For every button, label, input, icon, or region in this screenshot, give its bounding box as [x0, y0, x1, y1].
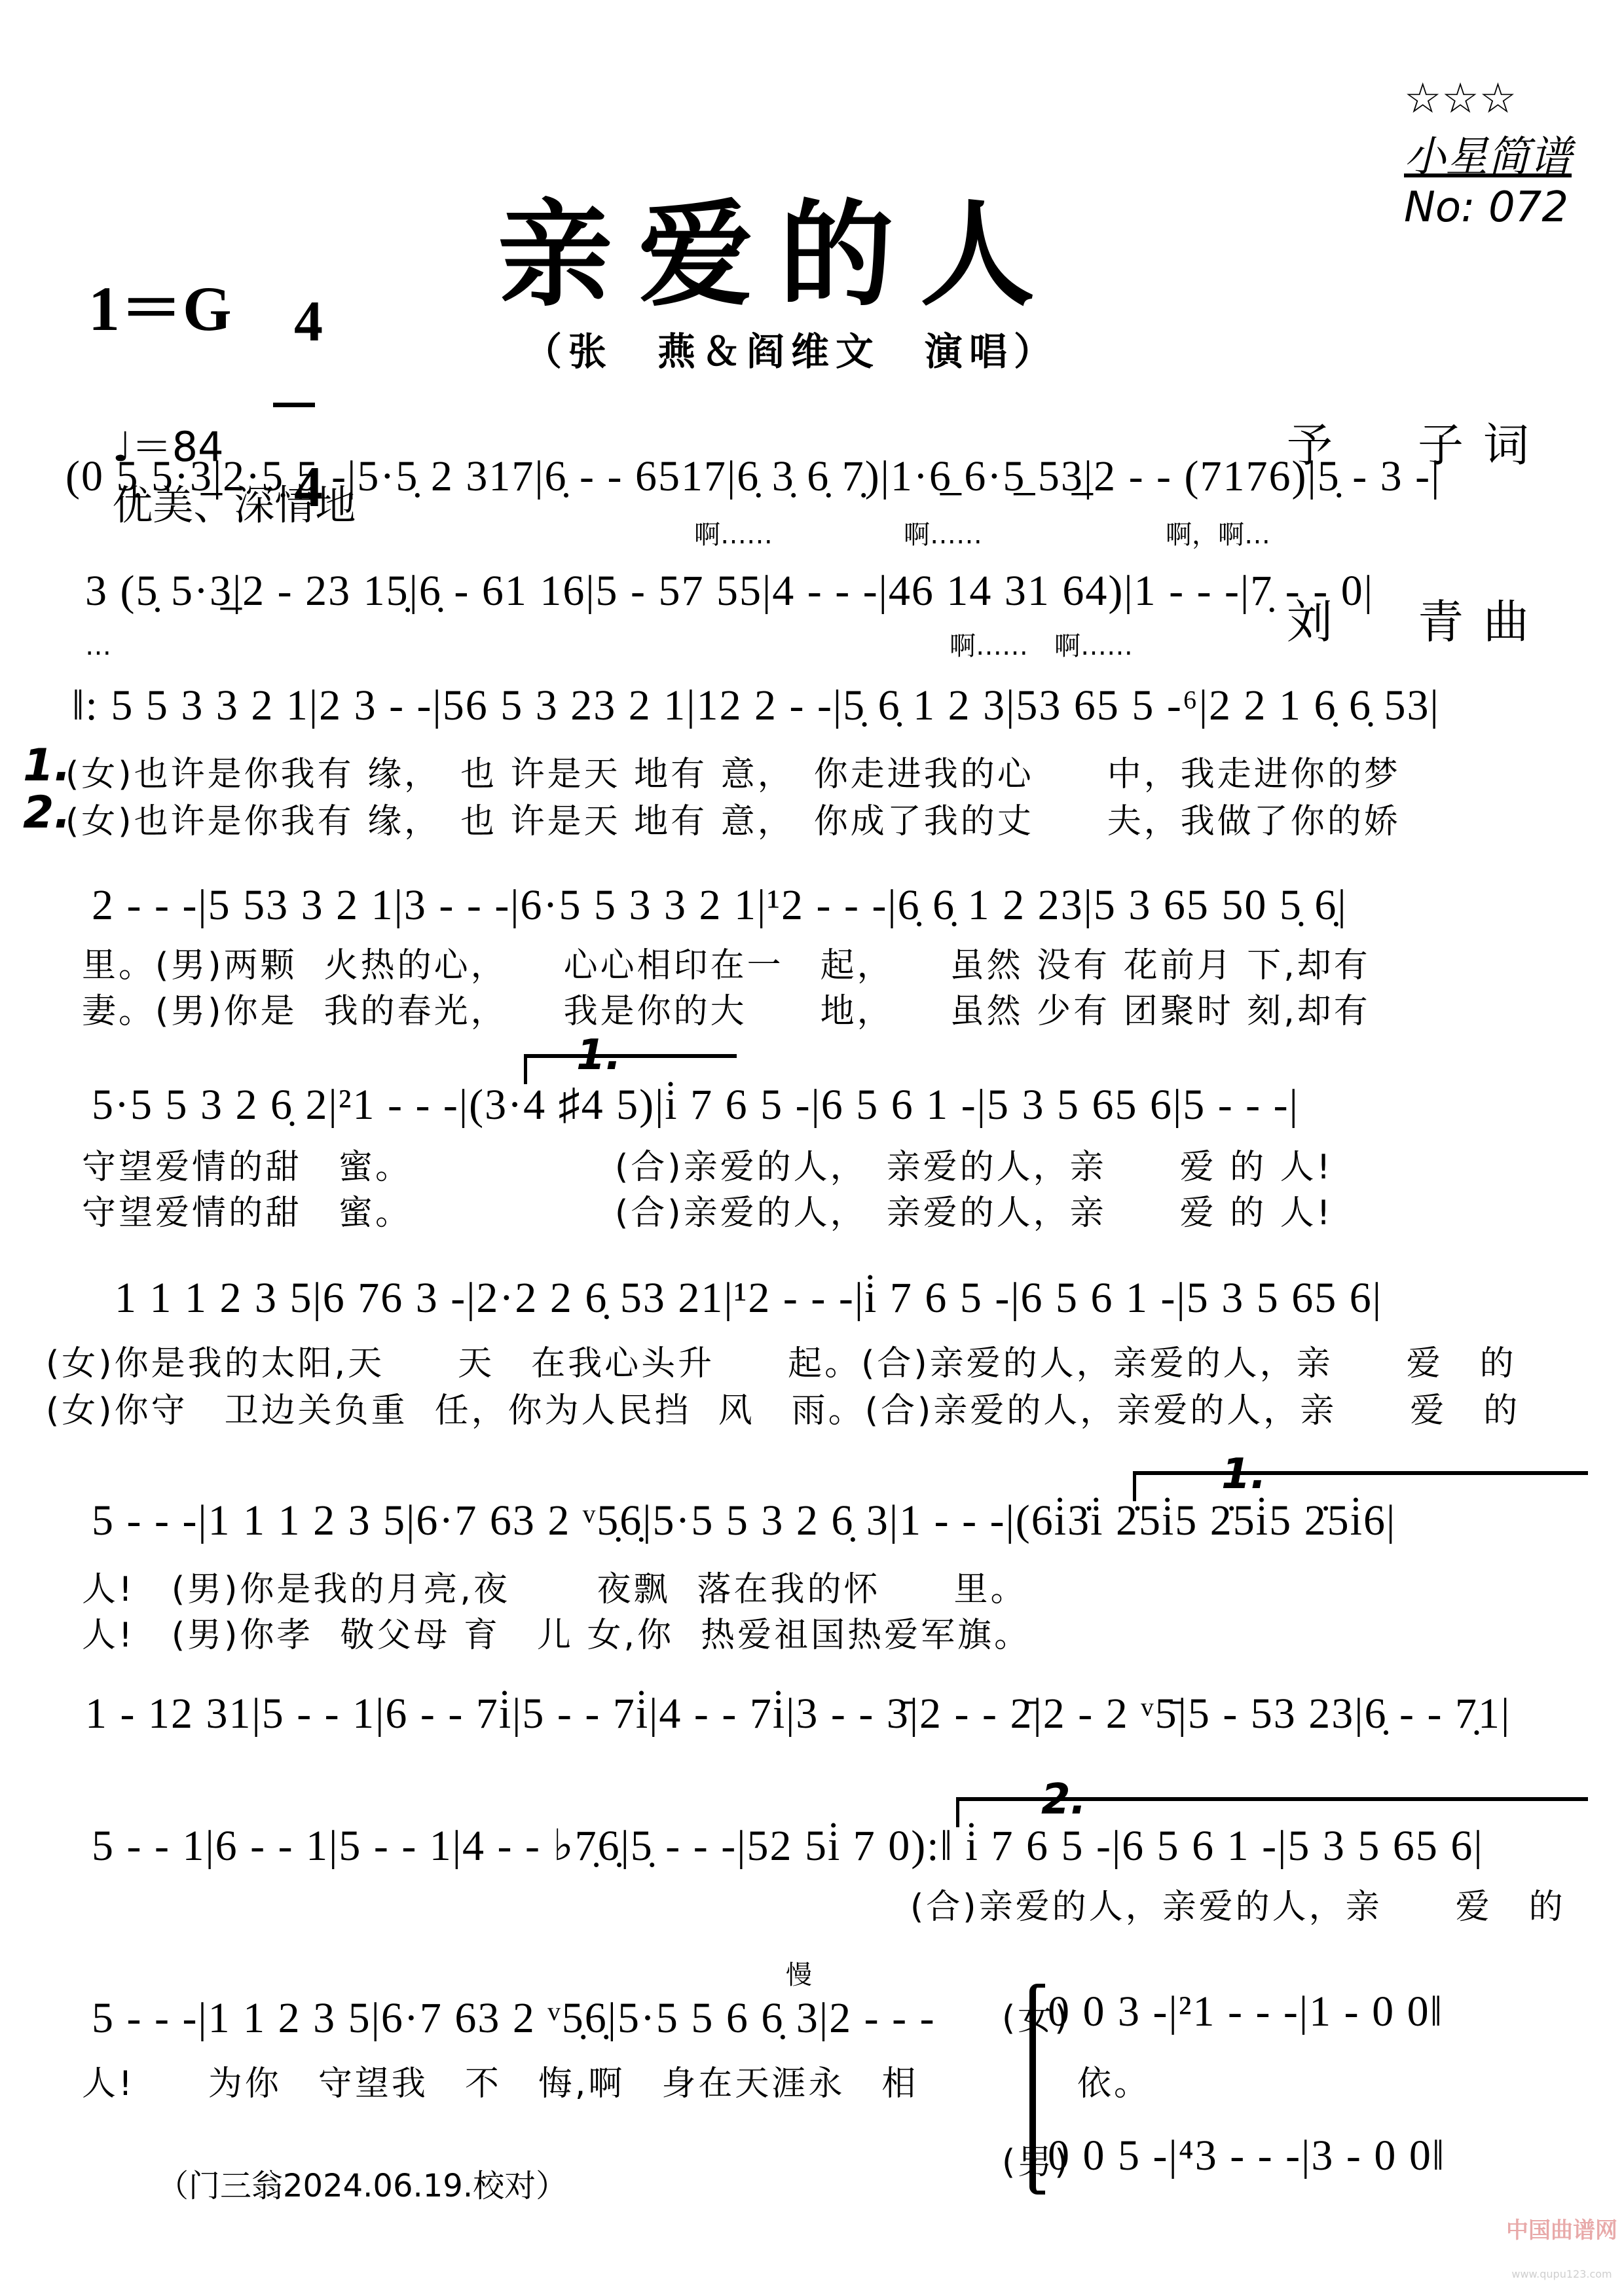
credits: 予 子词 刘 青曲 — [1287, 298, 1549, 710]
volta-label-1b: 1. — [1221, 1450, 1266, 1499]
female-part-lyrics: 依。 — [1077, 2056, 1151, 2105]
score-row-7-lyrics-verse2: 人! (男)你孝 敬父母 育 儿 女,你 热爱祖国热爱军旗。 — [82, 1607, 1031, 1656]
score-row-4-lyrics-verse1: 里。(男)两颗 火热的心， 心心相印在一 起， 虽然 没有 花前月 下,却有 — [82, 938, 1371, 987]
score-row-4-lyrics-verse2: 妻。(男)你是 我的春光， 我是你的大 地， 虽然 少有 团聚时 刻,却有 — [82, 983, 1371, 1032]
score-row-6-notes: 1 1 1 2 3 5|6 76 3 -|2·2 2 6̣ 53 21|¹2 -… — [115, 1273, 1382, 1323]
verse-number-2: 2. — [23, 787, 71, 839]
key-signature: 1＝G — [88, 259, 232, 348]
score-row-8-notes: 1 - 12 31|5 - - 1|6 - - 7i̇|5 - - 7i̇|4 … — [85, 1689, 1511, 1739]
score-row-6-lyrics-verse1: (女)你是我的太阳,天 天 在我心头升 起。(合)亲爱的人，亲爱的人，亲 爱 的 — [46, 1336, 1517, 1385]
proofread-note: （门三翁2024.06.19.校对） — [157, 2160, 567, 2206]
score-row-9-notes: 5 - - 1|6 - - 1|5 - - 1|4 - - ♭7̣6̣|5̣ -… — [92, 1820, 1484, 1871]
watermark-url: www.qupu123.com — [1506, 2268, 1617, 2280]
performers: （张 燕＆阎维文 演唱） — [524, 321, 1058, 376]
score-row-3-notes: ‖: 5 5 3 3 2 1|2 3 - -|56 5 3 23 2 1|12 … — [72, 681, 1440, 731]
watermark-name: 中国曲谱网 — [1506, 2212, 1617, 2244]
watermark: 中国曲谱网 www.qupu123.com — [1506, 2189, 1617, 2292]
stars-icon: ☆☆☆ — [1404, 75, 1517, 123]
score-row-1-lyrics: 啊…… 啊…… 啊，啊… — [65, 514, 1270, 551]
score-row-3-lyrics-verse2: (女)也许是你我有 缘， 也 许是天 地有 意， 你成了我的丈 夫，我做了你的娇 — [65, 793, 1401, 843]
score-row-10-notes: 5 - - -|1 1 2 3 5|6·7 63 2 ᵛ5̣6̣|5·5 5 6… — [92, 1994, 936, 2043]
score-row-3-lyrics-verse1: (女)也许是你我有 缘， 也 许是天 地有 意， 你走进我的心 中，我走进你的梦 — [65, 746, 1401, 795]
series-header: ☆☆☆ 小星简谱 No: 072 — [1377, 26, 1572, 232]
verse-number-1: 1. — [23, 740, 71, 792]
score-row-9-lyrics: (合)亲爱的人，亲爱的人，亲 爱 的 — [910, 1879, 1566, 1928]
song-title: 亲爱的人 — [498, 164, 1061, 328]
score-row-1-notes: (0 5̣ 5·3̲|2·5̣ 5 -|5·5̣ 2 317|6̣ - - 65… — [65, 452, 1441, 501]
score-row-5-lyrics-verse2: 守望爱情的甜 蜜。 (合)亲爱的人， 亲爱的人，亲 爱 的 人! — [82, 1185, 1333, 1234]
score-row-5-notes: 5·5 5 3 2 6̣ 2|²1 - - -|(3·4 ♯4 5)|i̇ 7 … — [92, 1080, 1299, 1130]
score-row-6-lyrics-verse2: (女)你守 卫边关负重 任，你为人民挡 风 雨。(合)亲爱的人，亲爱的人，亲 爱… — [46, 1383, 1520, 1432]
volta-label-2: 2. — [1041, 1776, 1086, 1824]
tempo-marking: ♩＝84 优美、深情地 — [86, 367, 356, 531]
score-row-5-lyrics-verse1: 守望爱情的甜 蜜。 (合)亲爱的人， 亲爱的人，亲 爱 的 人! — [82, 1139, 1333, 1188]
score-row-4-notes: 2 - - -|5 53 3 2 1|3 - - -|6·5 5 3 3 2 1… — [92, 881, 1348, 930]
volta-label-1: 1. — [576, 1031, 621, 1080]
series-name: 小星简谱 — [1404, 133, 1572, 181]
tempo-slow-marking: 慢 — [786, 1954, 812, 1992]
score-row-7-lyrics-verse1: 人! (男)你是我的月亮,夜 夜飘 落在我的怀 里。 — [82, 1561, 1027, 1611]
score-row-10-lyrics: 人! 为你 守望我 不 悔,啊 身在天涯永 相 — [82, 2056, 918, 2105]
female-part-notes: 0 0 3 -|²1 - - -|1 - 0 0‖ — [1048, 1987, 1443, 2037]
male-part-notes: 0 0 5 -|⁴3 - - -|3 - 0 0‖ — [1048, 2131, 1445, 2181]
score-row-2-lyrics: … 啊…… 啊…… — [85, 625, 1133, 663]
score-row-2-notes: 3 (5̣ 5·3̲|2 - 23 15̣|6̣ - 61 16|5 - 57 … — [85, 566, 1374, 616]
score-row-7-notes: 5 - - -|1 1 1 2 3 5|6·7 63 2 ᵛ5̣6̣|5·5 5… — [92, 1496, 1396, 1546]
series-number: No: 072 — [1404, 183, 1568, 232]
time-signature-top: 4 — [294, 290, 323, 354]
